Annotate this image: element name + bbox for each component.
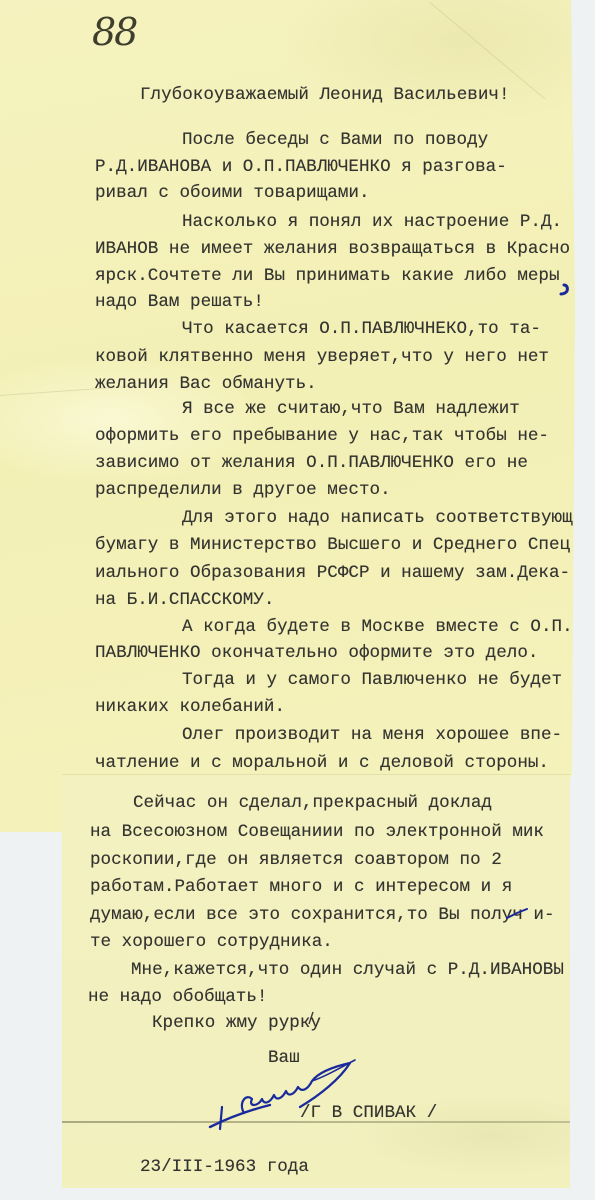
body-line: ярск.Сочтете ли Вы принимать какие либо … (95, 265, 560, 287)
closing-phrase: Крепко жму рурку (152, 1012, 321, 1034)
body-line: те хорошего сотрудника. (90, 931, 333, 953)
body-line: чатление и с моральной и с деловой сторо… (95, 752, 549, 774)
body-line: Насколько я понял их настроение Р.Д. (182, 211, 562, 233)
body-line: А когда будете в Москве вместе с О.П. (182, 616, 573, 638)
body-line: оформить его пребывание у нас,так чтобы … (95, 425, 549, 447)
greeting: Глубокоуважаемый Леонид Васильевич! (140, 84, 510, 106)
body-line: Я все же считаю,что Вам надлежит (182, 398, 520, 420)
body-line: Мне,кажется,что один случай с Р.Д.ИВАНОВ… (131, 959, 564, 981)
body-line: не надо обобщать! (88, 986, 268, 1008)
body-line: После беседы с Вами по поводу (182, 129, 488, 151)
body-line: думаю,если все это сохранится,то Вы полу… (90, 904, 555, 926)
body-line: Олег производит на меня хорошее впе- (182, 724, 562, 746)
body-line: работам.Работает много и с интересом и я (90, 876, 512, 898)
body-line: зависимо от желания О.П.ПАВЛЮЧЕНКО его н… (95, 452, 528, 474)
body-line: роскопии,где он является соавтором по 2 (90, 849, 502, 871)
body-line: иального Образования РСФСР и нашему зам.… (95, 562, 570, 584)
body-line: ривал с обоими товарищами. (95, 182, 370, 204)
body-line: Р.Д.ИВАНОВА и О.П.ПАВЛЮЧЕНКО я разгова- (95, 156, 507, 178)
body-line: Сейчас он сделал,прекрасный доклад (133, 792, 492, 814)
body-line: желания Вас обмануть. (95, 373, 317, 395)
body-line: Тогда и у самого Павлюченко не будет (182, 669, 562, 691)
body-line: ПАВЛЮЧЕНКО окончательно оформите это дел… (95, 642, 538, 664)
body-line: распределили в другое место. (95, 479, 391, 501)
body-line: на Всесоюзном Совещаниии по электронной … (90, 821, 544, 843)
letter-date: 23/III-1963 года (140, 1156, 309, 1178)
body-line: бумагу в Министерство Высшего и Среднего… (95, 534, 570, 556)
signature-name: /Г В СПИВАК / (300, 1102, 437, 1124)
body-line: надо Вам решать! (95, 291, 264, 313)
body-line: ковой клятвенно меня уверяет,что у него … (95, 346, 549, 368)
body-line: Что касается О.П.ПАВЛЮЧНЕКО,то та- (182, 318, 541, 340)
archive-page-number: 88 (92, 10, 136, 54)
body-line: на Б.И.СПАССКОМУ. (95, 589, 275, 611)
body-line: ИВАНОВ не имеет желания возвращаться в К… (95, 238, 570, 260)
body-line: никаких колебаний. (95, 696, 285, 718)
body-line: Для этого надо написать соответствующ (182, 507, 573, 529)
